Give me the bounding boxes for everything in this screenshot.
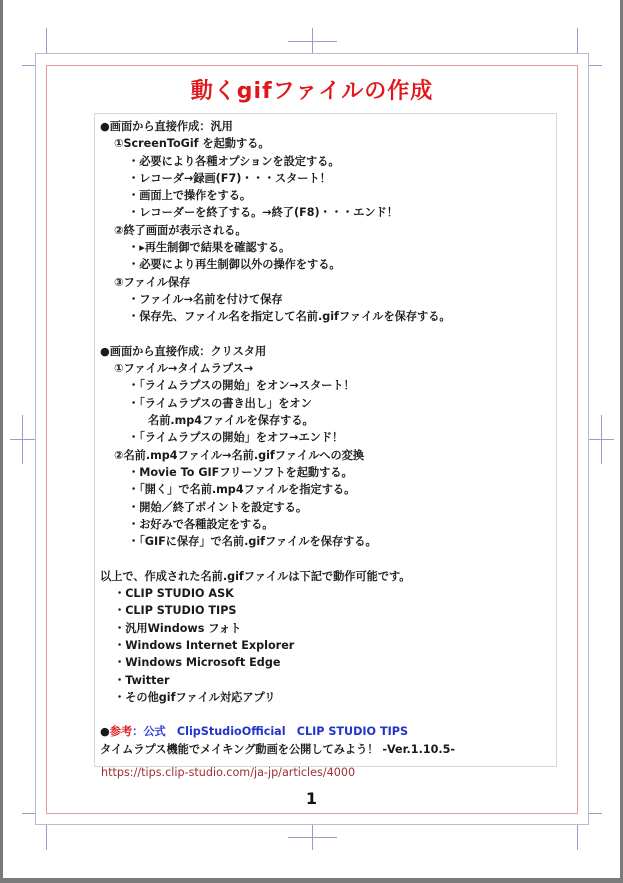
step-bullet: ・画面上で操作をする。: [100, 187, 560, 204]
section-heading: ●画面から直接作成：クリスタ用: [100, 343, 560, 360]
reference-label: 参考: [110, 725, 132, 738]
trim-mark-left-bottom: [22, 813, 35, 814]
reference-url-link[interactable]: https://tips.clip-studio.com/ja-jp/artic…: [101, 766, 355, 779]
reference-line: ●参考：公式 ClipStudioOfficial CLIP STUDIO TI…: [100, 723, 560, 740]
step-bullet: ・保存先、ファイル名を指定して名前.gifファイルを保存する。: [100, 308, 560, 325]
app-list-item: ・その他gifファイル対応アプリ: [100, 689, 560, 706]
step-bullet: ・開始／終了ポイントを設定する。: [100, 499, 560, 516]
step-bullet: ・レコーダ→録画(F7)・・・スタート！: [100, 170, 560, 187]
step-bullet: ・「GIFに保存」で名前.gifファイルを保存する。: [100, 533, 560, 550]
spacer: [100, 326, 560, 343]
step-label: ③ファイル保存: [100, 274, 560, 291]
step-bullet: ・Movie To GIFフリーソフトを起動する。: [100, 464, 560, 481]
step-bullet: ・ファイル→名前を付けて保存: [100, 291, 560, 308]
app-list-item: ・CLIP STUDIO TIPS: [100, 602, 560, 619]
reference-source: 公式 ClipStudioOfficial CLIP STUDIO TIPS: [143, 725, 408, 738]
register-mark-right-horizontal: [589, 439, 614, 440]
step-label: ①ScreenToGif を起動する。: [100, 135, 560, 152]
trim-mark-bottom-right: [577, 825, 578, 850]
trim-mark-bottom-left: [46, 825, 47, 850]
app-list-item: ・汎用Windows フォト: [100, 620, 560, 637]
page-number: 1: [0, 789, 623, 808]
app-list-item: ・Windows Internet Explorer: [100, 637, 560, 654]
step-bullet: ・「開く」で名前.mp4ファイルを指定する。: [100, 481, 560, 498]
section-heading: ●画面から直接作成：汎用: [100, 118, 560, 135]
step-bullet: ・「ライムラプスの開始」をオフ→エンド！: [100, 429, 560, 446]
step-bullet: ・レコーダーを終了する。→終了(F8)・・・エンド！: [100, 204, 560, 221]
reference-separator: ：: [132, 725, 143, 738]
step-label: ②名前.mp4ファイル→名前.gifファイルへの変換: [100, 447, 560, 464]
summary-intro: 以上で、作成された名前.gifファイルは下記で動作可能です。: [100, 568, 560, 585]
reference-bullet: ●: [100, 725, 110, 738]
viewer-border-bottom: [0, 878, 623, 883]
step-bullet-continuation: 名前.mp4ファイルを保存する。: [100, 412, 560, 429]
trim-mark-left-top: [22, 65, 35, 66]
app-list-item: ・Windows Microsoft Edge: [100, 654, 560, 671]
step-bullet: ・「ライムラプスの書き出し」をオン: [100, 395, 560, 412]
register-mark-top-horizontal: [288, 41, 337, 42]
app-list-item: ・Twitter: [100, 672, 560, 689]
spacer: [100, 550, 560, 567]
register-mark-bottom-horizontal: [288, 837, 337, 838]
spacer: [100, 706, 560, 723]
trim-mark-top-right: [577, 28, 578, 53]
trim-mark-right-bottom: [589, 813, 602, 814]
reference-article-title: タイムラプス機能でメイキング動画を公開してみよう！ -Ver.1.10.5-: [100, 741, 560, 758]
trim-mark-right-top: [589, 65, 602, 66]
step-label: ①ファイル→タイムラプス→: [100, 360, 560, 377]
step-bullet: ・お好みで各種設定をする。: [100, 516, 560, 533]
step-bullet: ・「ライムラプスの開始」をオン→スタート！: [100, 377, 560, 394]
register-mark-left-horizontal: [10, 439, 35, 440]
trim-mark-top-left: [46, 28, 47, 53]
app-list-item: ・CLIP STUDIO ASK: [100, 585, 560, 602]
step-label: ②終了画面が表示される。: [100, 222, 560, 239]
viewer-border-left: [0, 0, 3, 883]
step-bullet: ・必要により再生制御以外の操作をする。: [100, 256, 560, 273]
step-bullet: ・▸再生制御で結果を確認する。: [100, 239, 560, 256]
step-bullet: ・必要により各種オプションを設定する。: [100, 153, 560, 170]
document-title: 動くgifファイルの作成: [46, 74, 578, 105]
document-body: ●画面から直接作成：汎用 ①ScreenToGif を起動する。 ・必要により各…: [100, 118, 560, 758]
